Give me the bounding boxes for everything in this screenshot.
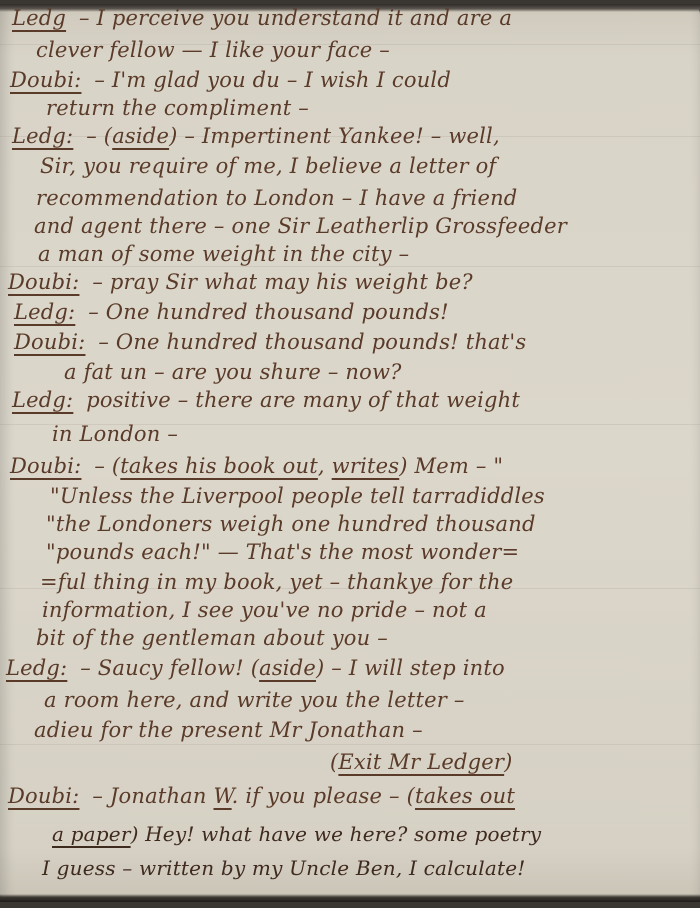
- script-line-2: clever fellow — I like your face –: [36, 38, 700, 62]
- dialogue-text: information, I see you've no pride – not…: [42, 598, 487, 622]
- dialogue-text: ) – I will step into: [316, 656, 505, 680]
- script-line-10: Doubi: – pray Sir what may his weight be…: [8, 270, 700, 294]
- initial: W: [214, 784, 232, 808]
- dialogue-text: a man of some weight in the city –: [38, 242, 409, 266]
- page-bottom-edge: [0, 894, 700, 902]
- script-line-29: I guess – written by my Uncle Ben, I cal…: [42, 856, 700, 880]
- script-line-5: Ledg: – (aside) – Impertinent Yankee! – …: [12, 124, 700, 148]
- script-line-28: a paper) Hey! what have we here? some po…: [52, 822, 700, 846]
- dialogue-text: Sir, you require of me, I believe a lett…: [40, 154, 496, 178]
- dialogue-text: ) Hey! what have we here? some poetry: [131, 822, 542, 846]
- script-line-19: "pounds each!" — That's the most wonder=: [46, 540, 700, 564]
- script-line-22: bit of the gentleman about you –: [36, 626, 700, 650]
- script-line-7: recommendation to London – I have a frie…: [36, 186, 700, 210]
- dialogue-text: ) – Impertinent Yankee! – well,: [169, 124, 500, 148]
- speaker-label: Ledg:: [14, 300, 75, 324]
- script-line-11: Ledg: – One hundred thousand pounds!: [14, 300, 700, 324]
- stage-direction: a paper: [52, 822, 131, 846]
- script-line-1: Ledg – I perceive you understand it and …: [12, 6, 700, 30]
- script-line-20: =ful thing in my book, yet – thankye for…: [40, 570, 700, 594]
- dialogue-text: a fat un – are you shure – now?: [64, 360, 402, 384]
- script-line-4: return the compliment –: [46, 96, 700, 120]
- dialogue-text: positive – there are many of that weight: [86, 388, 520, 412]
- stage-direction: takes out: [415, 784, 515, 808]
- dialogue-text: I'm glad you du – I wish I could: [112, 68, 451, 92]
- dialogue-text: in London –: [52, 422, 178, 446]
- dialogue-text: clever fellow — I like your face –: [36, 38, 390, 62]
- dialogue-text: I perceive you understand it and are a: [97, 6, 513, 30]
- script-line-3: Doubi: – I'm glad you du – I wish I coul…: [10, 68, 700, 92]
- stage-direction: aside: [259, 656, 316, 680]
- script-line-17: "Unless the Liverpool people tell tarrad…: [50, 484, 700, 508]
- dialogue-text: a room here, and write you the letter –: [44, 688, 465, 712]
- speaker-label: Doubi:: [8, 784, 79, 808]
- dialogue-text: "Unless the Liverpool people tell tarrad…: [50, 484, 545, 508]
- script-line-16: Doubi: – (takes his book out, writes) Me…: [10, 454, 700, 478]
- script-line-26: (Exit Mr Ledger): [330, 750, 700, 774]
- script-line-15: in London –: [52, 422, 700, 446]
- dialogue-text: ) Mem – ": [399, 454, 503, 478]
- script-line-6: Sir, you require of me, I believe a lett…: [40, 154, 700, 178]
- dialogue-text: pray Sir what may his weight be?: [110, 270, 473, 294]
- dialogue-text: "the Londoners weigh one hundred thousan…: [46, 512, 536, 536]
- script-line-27: Doubi: – Jonathan W. if you please – (ta…: [8, 784, 700, 808]
- stage-direction: writes: [332, 454, 400, 478]
- speaker-label: Ledg:: [12, 388, 73, 412]
- script-line-21: information, I see you've no pride – not…: [42, 598, 700, 622]
- script-line-9: a man of some weight in the city –: [38, 242, 700, 266]
- dialogue-text: One hundred thousand pounds!: [106, 300, 449, 324]
- script-line-25: adieu for the present Mr Jonathan –: [34, 718, 700, 742]
- script-line-18: "the Londoners weigh one hundred thousan…: [46, 512, 700, 536]
- stage-direction: Exit Mr Ledger: [338, 750, 504, 774]
- speaker-label: Doubi:: [10, 68, 81, 92]
- speaker-label: Ledg: [12, 6, 66, 30]
- dialogue-text: "pounds each!" — That's the most wonder=: [46, 540, 519, 564]
- stage-direction: takes his book out: [120, 454, 318, 478]
- script-line-8: and agent there – one Sir Leatherlip Gro…: [34, 214, 700, 238]
- dialogue-text: adieu for the present Mr Jonathan –: [34, 718, 423, 742]
- dialogue-text: bit of the gentleman about you –: [36, 626, 388, 650]
- script-line-14: Ledg: positive – there are many of that …: [12, 388, 700, 412]
- speaker-label: Ledg:: [12, 124, 73, 148]
- dialogue-text: I guess – written by my Uncle Ben, I cal…: [42, 856, 525, 880]
- speaker-label: Doubi:: [10, 454, 81, 478]
- script-line-13: a fat un – are you shure – now?: [64, 360, 700, 384]
- speaker-label: Ledg:: [6, 656, 67, 680]
- ruled-line: [0, 266, 700, 267]
- speaker-label: Doubi:: [14, 330, 85, 354]
- script-line-12: Doubi: – One hundred thousand pounds! th…: [14, 330, 700, 354]
- dialogue-text: recommendation to London – I have a frie…: [36, 186, 517, 210]
- manuscript-page: Ledg – I perceive you understand it and …: [0, 4, 700, 902]
- dialogue-text: =ful thing in my book, yet – thankye for…: [40, 570, 513, 594]
- dialogue-text: return the compliment –: [46, 96, 309, 120]
- dialogue-text: One hundred thousand pounds! that's: [116, 330, 526, 354]
- speaker-label: Doubi:: [8, 270, 79, 294]
- script-line-24: a room here, and write you the letter –: [44, 688, 700, 712]
- script-line-23: Ledg: – Saucy fellow! (aside) – I will s…: [6, 656, 700, 680]
- ruled-line: [0, 744, 700, 745]
- dialogue-text: and agent there – one Sir Leatherlip Gro…: [34, 214, 567, 238]
- stage-direction: aside: [112, 124, 169, 148]
